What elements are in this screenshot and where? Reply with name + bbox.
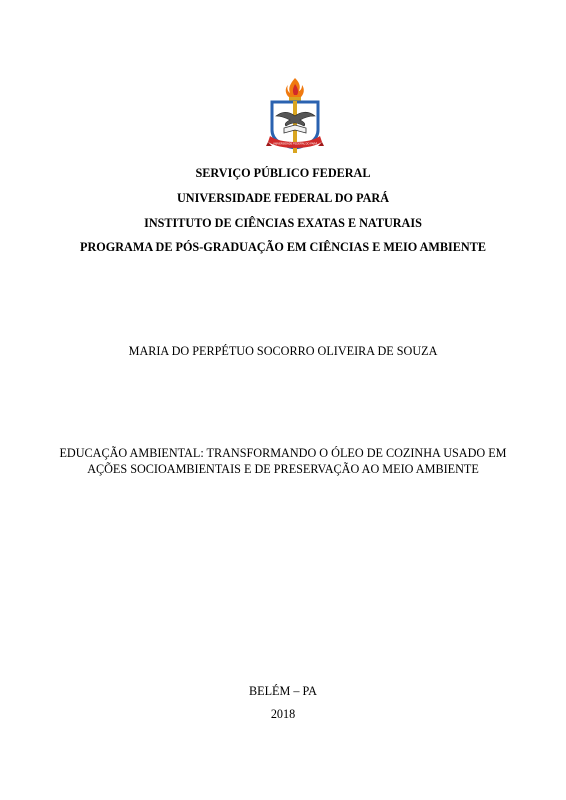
document-title-line-2: AÇÕES SOCIOAMBIENTAIS E DE PRESERVAÇÃO A… [0,462,566,477]
ufpa-coat-of-arms-icon: UNIVERSIDADE FEDERAL DO PARÁ [266,76,324,158]
author-name: MARIA DO PERPÉTUO SOCORRO OLIVEIRA DE SO… [0,344,566,359]
header-line-service: SERVIÇO PÚBLICO FEDERAL [0,166,566,181]
document-title-line-1: EDUCAÇÃO AMBIENTAL: TRANSFORMANDO O ÓLEO… [0,446,566,461]
header-line-program: PROGRAMA DE PÓS-GRADUAÇÃO EM CIÊNCIAS E … [0,240,566,255]
year: 2018 [0,707,566,722]
place: BELÉM – PA [0,684,566,699]
header-line-university: UNIVERSIDADE FEDERAL DO PARÁ [0,191,566,206]
svg-text:UNIVERSIDADE FEDERAL DO PARÁ: UNIVERSIDADE FEDERAL DO PARÁ [273,142,318,146]
header-line-institute: INSTITUTO DE CIÊNCIAS EXATAS E NATURAIS [0,216,566,231]
